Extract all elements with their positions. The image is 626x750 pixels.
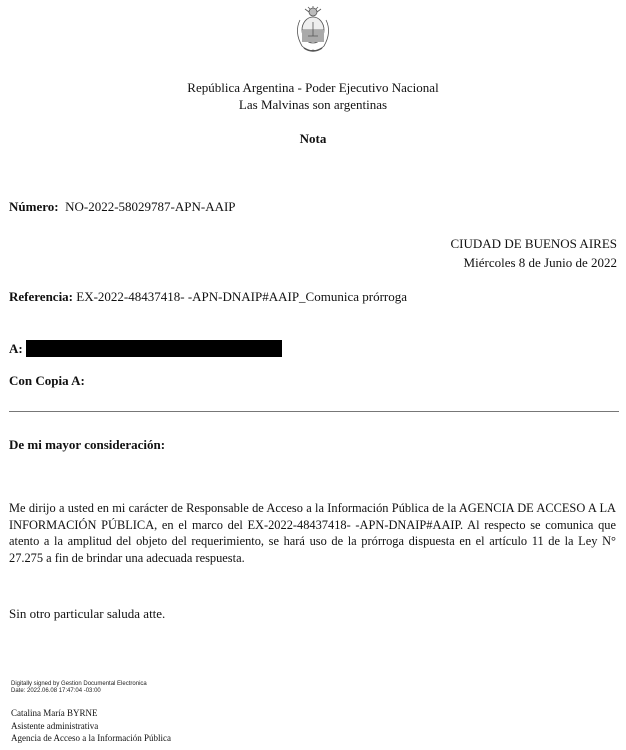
digital-signature: Digitally signed by Gestion Documental E… [11,681,147,695]
recipient-label: A: [9,341,23,357]
header-government: República Argentina - Poder Ejecutivo Na… [0,80,626,96]
reference-label: Referencia: [9,289,73,304]
body-paragraph: Me dirijo a usted en mi carácter de Resp… [9,500,616,566]
document-type-title: Nota [0,131,626,147]
signer-name: Catalina María BYRNE [11,707,171,720]
signer-organization: Agencia de Acceso a la Información Públi… [11,732,171,745]
document-number-label: Número: [9,199,59,214]
divider [9,411,619,412]
closing: Sin otro particular saluda atte. [9,606,165,622]
digital-signature-date: Date: 2022.06.08 17:47:04 -03:00 [11,688,147,695]
signer-role: Asistente administrativa [11,720,171,733]
document-number: Número: NO-2022-58029787-APN-AAIP [9,199,236,215]
header-slogan: Las Malvinas son argentinas [0,97,626,113]
greeting: De mi mayor consideración: [9,437,165,453]
argentina-coat-of-arms-icon [290,6,336,54]
document-date: Miércoles 8 de Junio de 2022 [464,255,617,271]
cc-label: Con Copia A: [9,373,85,389]
signer-block: Catalina María BYRNE Asistente administr… [11,707,171,745]
reference: Referencia: EX-2022-48437418- -APN-DNAIP… [9,289,407,305]
recipient: A: [9,340,282,357]
reference-value: EX-2022-48437418- -APN-DNAIP#AAIP_Comuni… [76,289,407,304]
digital-signature-by: Digitally signed by Gestion Documental E… [11,681,147,688]
document-number-value: NO-2022-58029787-APN-AAIP [65,199,235,214]
document-place: CIUDAD DE BUENOS AIRES [451,236,617,252]
redacted-recipient [26,340,282,357]
